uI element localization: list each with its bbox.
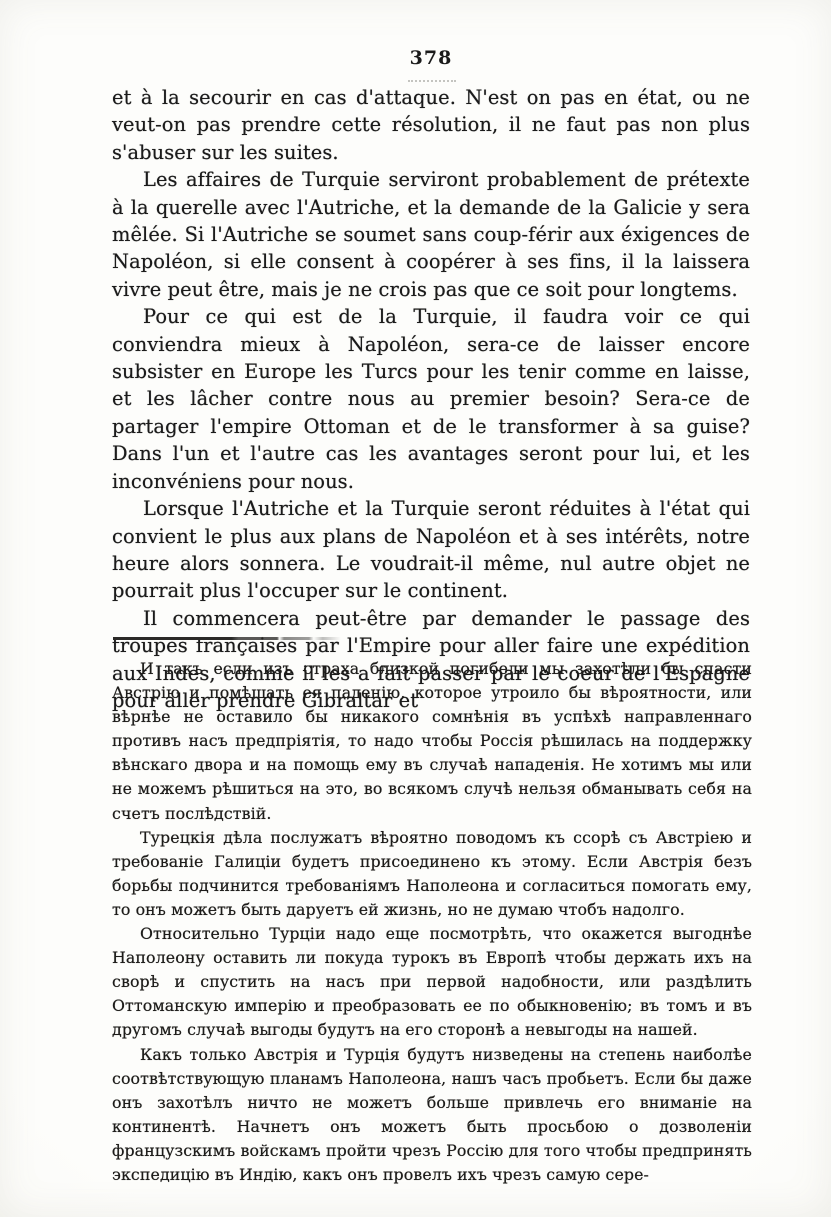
footnote-russian: И такъ если изъ страха близкой погибели … (112, 657, 752, 1187)
french-paragraph: et à la secourir en cas d'attaque. N'est… (112, 84, 750, 166)
russian-paragraph: Относительно Турціи надо еще посмотрѣть,… (112, 922, 752, 1042)
french-paragraph: Pour ce qui est de la Turquie, il faudra… (112, 303, 750, 495)
french-paragraph: Lorsque l'Autriche et la Turquie seront … (112, 495, 750, 605)
scanned-book-page: 378 et à la secourir en cas d'attaque. N… (0, 0, 831, 1217)
scan-artifact (408, 77, 456, 82)
footnote-separator-rule (113, 637, 341, 640)
page-number: 378 (112, 47, 750, 69)
russian-paragraph: Турецкія дѣла послужатъ вѣроятно поводом… (112, 826, 752, 922)
russian-paragraph: И такъ если изъ страха близкой погибели … (112, 657, 752, 826)
russian-paragraph: Какъ только Австрія и Турція будутъ низв… (112, 1043, 752, 1188)
french-paragraph: Les affaires de Turquie serviront probab… (112, 166, 750, 303)
main-text-french: et à la secourir en cas d'attaque. N'est… (112, 84, 750, 714)
